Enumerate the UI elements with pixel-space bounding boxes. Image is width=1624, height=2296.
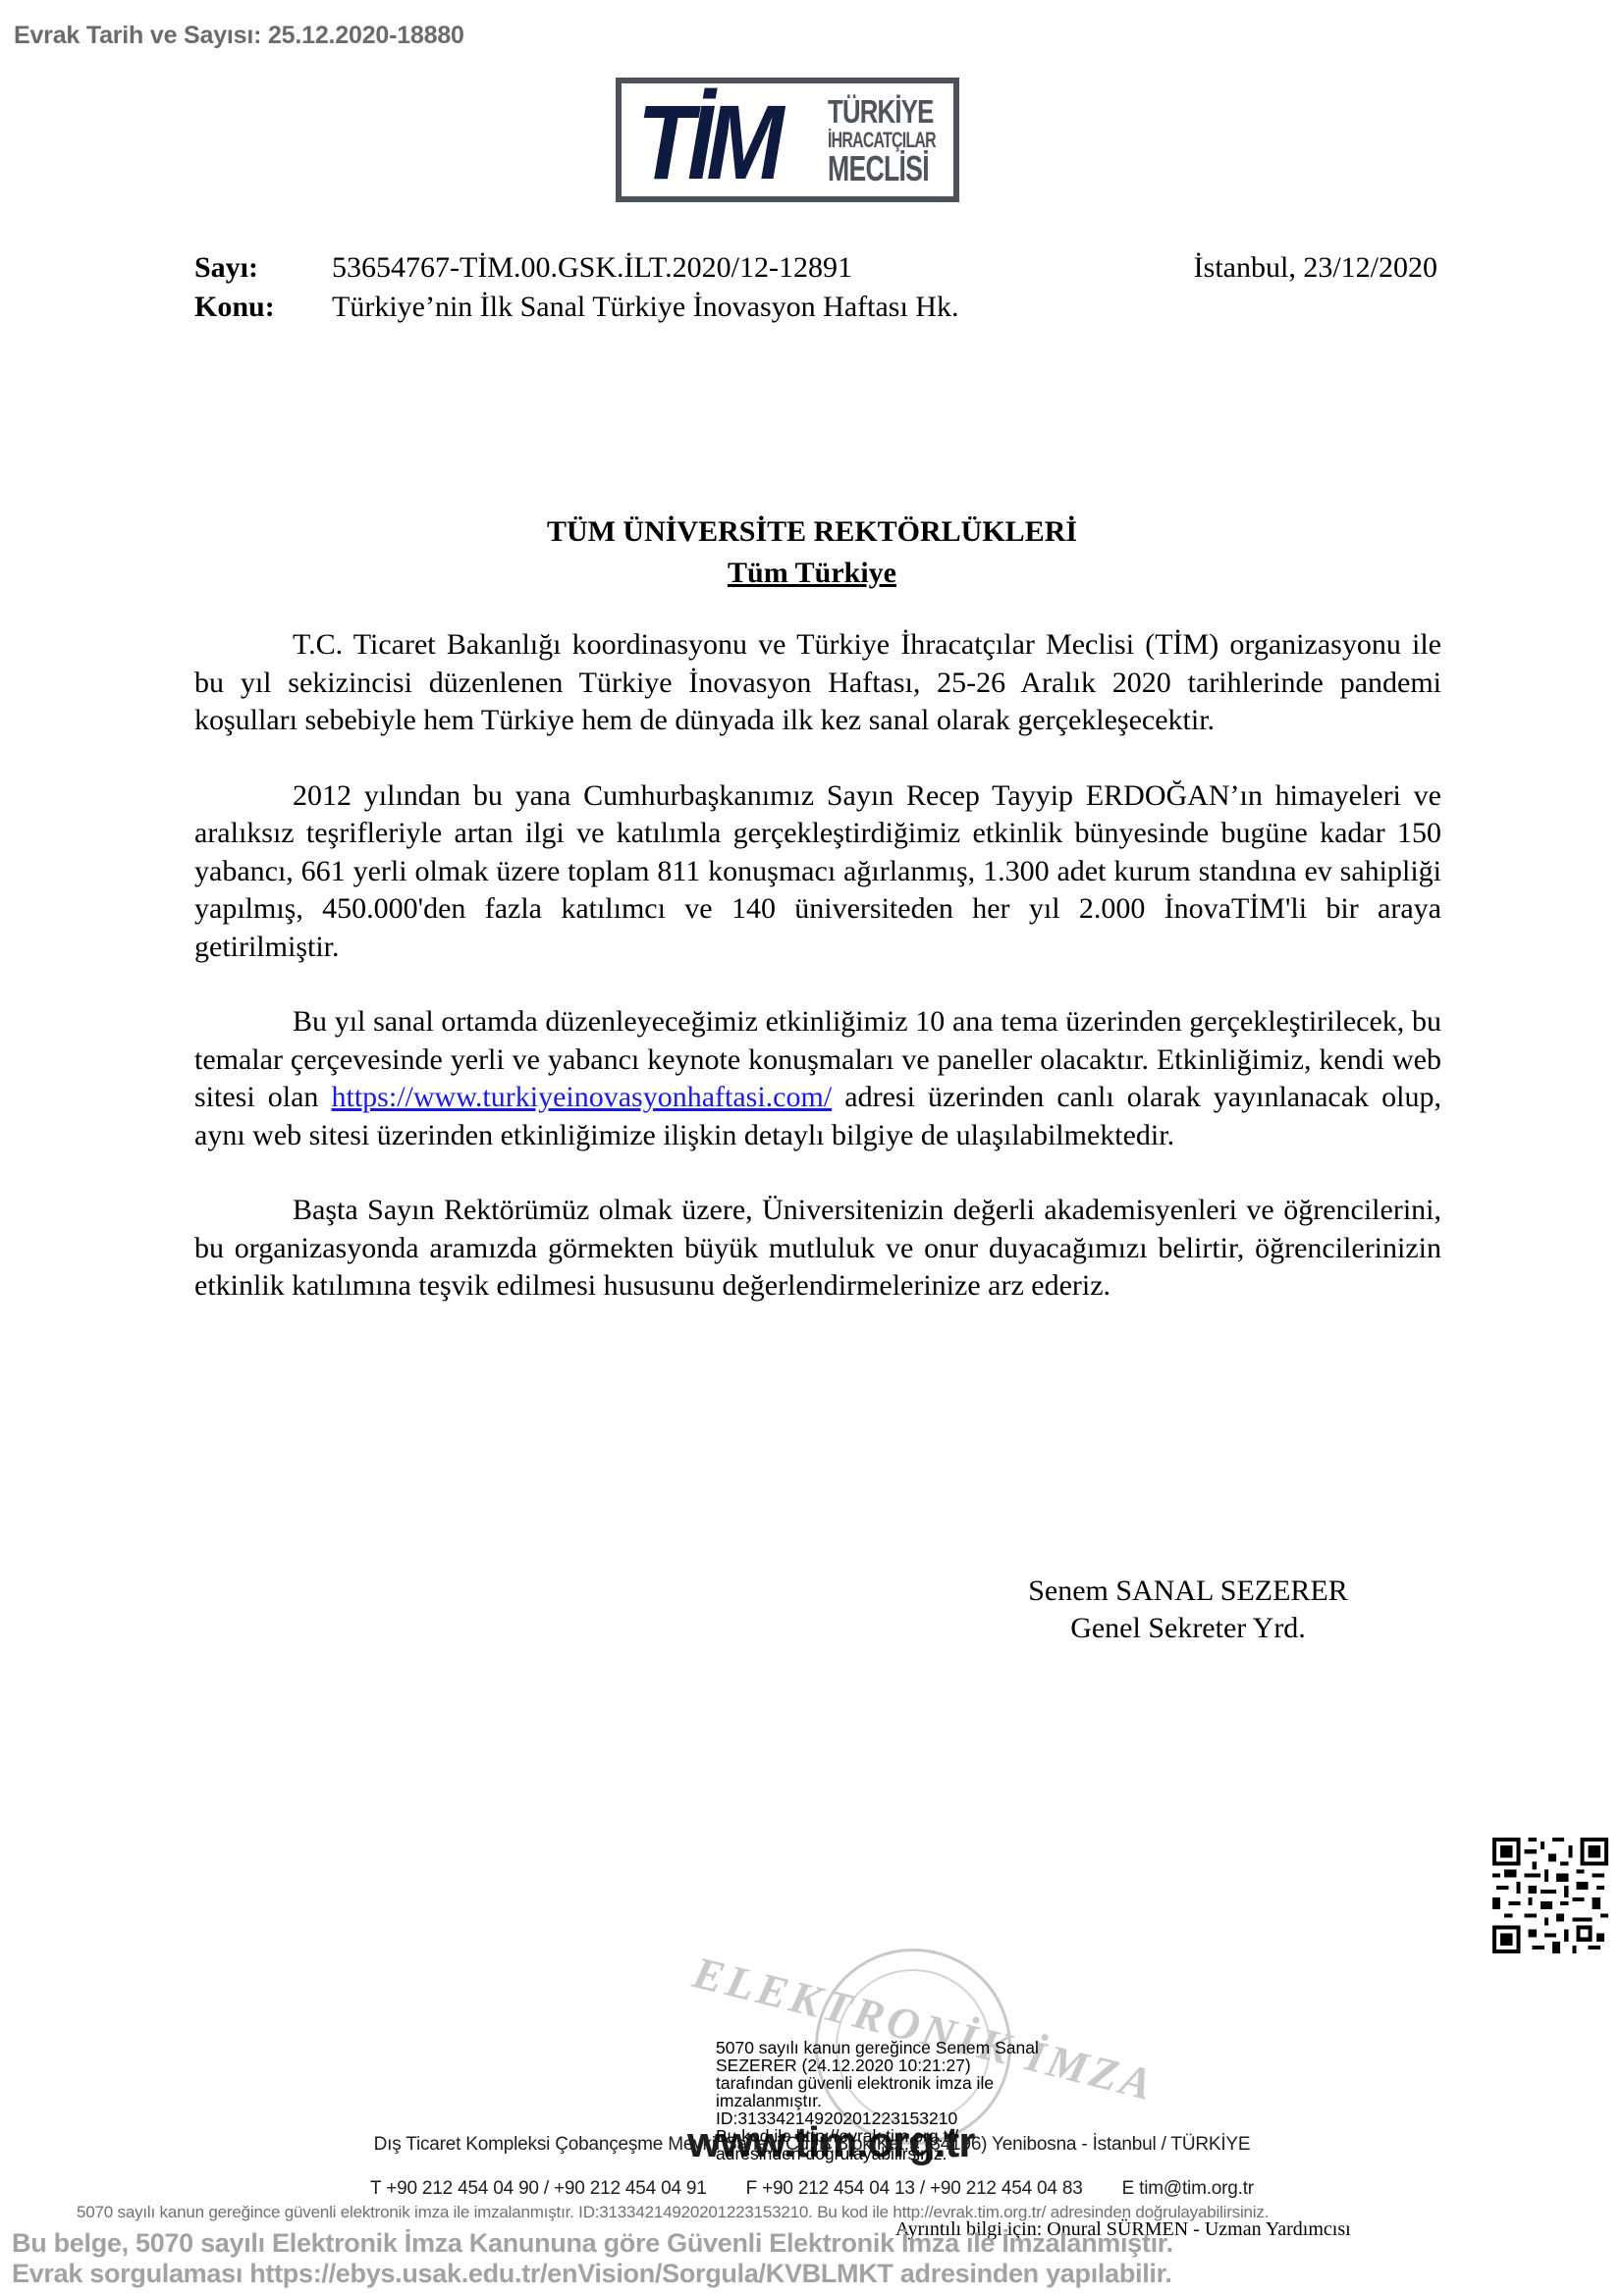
tim-logo: TİM TÜRKİYE İHRACATÇILAR MECLİSİ bbox=[616, 78, 959, 202]
addressee-subtitle: Tüm Türkiye bbox=[0, 557, 1624, 590]
konu-row: Konu:Türkiye’nin İlk Sanal Türkiye İnova… bbox=[194, 289, 958, 326]
letterhead-phone: T +90 212 454 04 90 / +90 212 454 04 91 bbox=[370, 2178, 707, 2199]
konu-label: Konu: bbox=[194, 289, 332, 326]
sayi-value: 53654767-TİM.00.GSK.İLT.2020/12-12891 bbox=[332, 251, 852, 284]
esign-line-4: imzalanmıştır. bbox=[716, 2092, 1109, 2109]
signatory-title: Genel Sekreter Yrd. bbox=[982, 1610, 1394, 1647]
sayi-label: Sayı: bbox=[194, 249, 332, 287]
letterhead-email: E tim@tim.org.tr bbox=[1122, 2178, 1254, 2199]
qr-code-icon bbox=[1492, 1838, 1608, 1953]
ebys-footer-line-1: Bu belge, 5070 sayılı Elektronik İmza Ka… bbox=[12, 2228, 1173, 2259]
logo-wordmark: TÜRKİYE İHRACATÇILAR MECLİSİ bbox=[828, 95, 978, 187]
addressee-scope: Tüm Türkiye bbox=[728, 557, 896, 589]
esign-line-3: tarafından güvenli elektronik imza ile bbox=[716, 2074, 1109, 2092]
esign-line-5: ID:31334214920201223153210 bbox=[716, 2109, 1109, 2127]
esign-line-2: SEZERER (24.12.2020 10:21:27) bbox=[716, 2056, 1109, 2074]
evrak-date-number: Evrak Tarih ve Sayısı: 25.12.2020-18880 bbox=[14, 22, 464, 50]
signatory-name: Senem SANAL SEZERER bbox=[982, 1573, 1394, 1610]
letter-body: T.C. Ticaret Bakanlığı koordinasyonu ve … bbox=[194, 626, 1441, 1343]
logo-mark: TİM bbox=[637, 95, 778, 189]
paragraph-4: Başta Sayın Rektörümüz olmak üzere, Üniv… bbox=[194, 1192, 1441, 1306]
letterhead-address: Dış Ticaret Kompleksi Çobançeşme Mevkii … bbox=[0, 2134, 1624, 2156]
addressee-title: TÜM ÜNİVERSİTE REKTÖRLÜKLERİ bbox=[0, 515, 1624, 549]
paragraph-3: Bu yıl sanal ortamda düzenleyeceğimiz et… bbox=[194, 1003, 1441, 1154]
logo-line-1: TÜRKİYE bbox=[828, 95, 945, 128]
ebys-footer-line-2: Evrak sorgulaması https://ebys.usak.edu.… bbox=[12, 2259, 1172, 2289]
signature-block: Senem SANAL SEZERER Genel Sekreter Yrd. bbox=[982, 1573, 1394, 1647]
paragraph-2: 2012 yılından bu yana Cumhurbaşkanımız S… bbox=[194, 777, 1441, 967]
letterhead-fax: F +90 212 454 04 13 / +90 212 454 04 83 bbox=[746, 2178, 1083, 2199]
paragraph-1: T.C. Ticaret Bakanlığı koordinasyonu ve … bbox=[194, 626, 1441, 740]
konu-value: Türkiye’nin İlk Sanal Türkiye İnovasyon … bbox=[332, 291, 958, 323]
sayi-row: Sayı:53654767-TİM.00.GSK.İLT.2020/12-128… bbox=[194, 249, 852, 287]
place-date: İstanbul, 23/12/2020 bbox=[1194, 249, 1437, 287]
logo-line-3: MECLİSİ bbox=[828, 151, 939, 187]
event-website-link[interactable]: https://www.turkiyeinovasyonhaftasi.com/ bbox=[332, 1081, 833, 1113]
letterhead-contacts: T +90 212 454 04 90 / +90 212 454 04 91F… bbox=[0, 2178, 1624, 2200]
esign-line-1: 5070 sayılı kanun gereğince Senem Sanal bbox=[716, 2039, 1109, 2056]
